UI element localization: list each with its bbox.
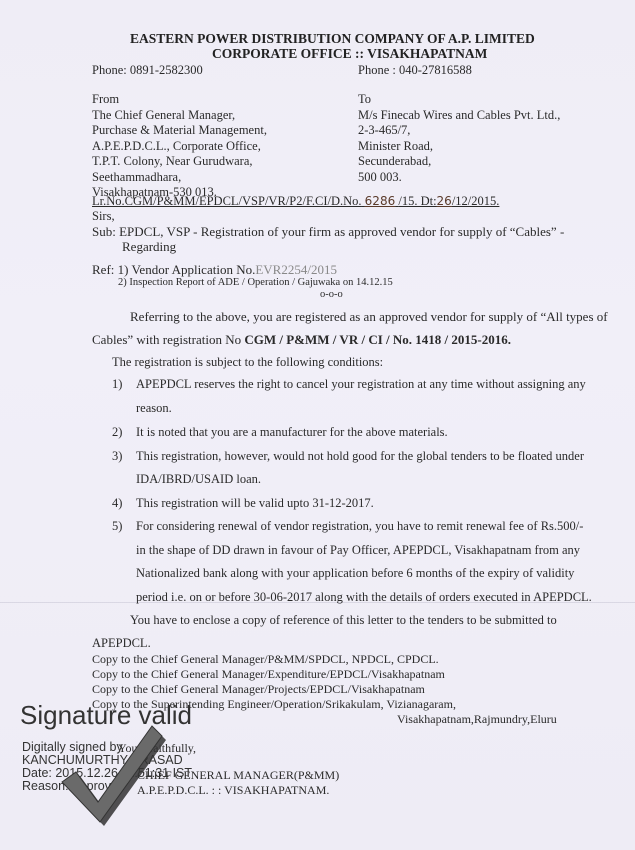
condition-number: 3) — [112, 449, 136, 464]
subject-label: Sub: — [92, 224, 116, 239]
letter-ref-prefix: Lr.No.CGM/P&MM/EPDCL/VSP/VR/P2/F.CI/D.No… — [92, 194, 362, 208]
condition-number: 2) — [112, 425, 136, 440]
phone-left: Phone: 0891-2582300 — [92, 63, 203, 79]
closing-para-line1: You have to enclose a copy of reference … — [130, 613, 557, 628]
condition-5-cont: in the shape of DD drawn in favour of Pa… — [136, 543, 580, 558]
closing-para-line2: APEPDCL. — [92, 636, 151, 651]
from-line: A.P.E.P.D.C.L., Corporate Office, — [92, 139, 267, 155]
to-label: To — [358, 92, 560, 108]
from-label: From — [92, 92, 267, 108]
from-line: The Chief General Manager, — [92, 108, 267, 124]
to-line: 2-3-465/7, — [358, 123, 560, 139]
subject-line: Sub: EPDCL, VSP - Registration of your f… — [92, 224, 564, 240]
separator: o-o-o — [320, 289, 343, 300]
condition-text: APEPDCL reserves the right to cancel you… — [136, 377, 586, 391]
from-line: Seethammadhara, — [92, 170, 267, 186]
to-line: Minister Road, — [358, 139, 560, 155]
check-mark-icon — [60, 718, 170, 828]
subject-text: EPDCL, VSP - Registration of your firm a… — [119, 224, 564, 239]
para1-line2-prefix: Cables” with registration No — [92, 332, 244, 347]
condition-number: 5) — [112, 519, 136, 534]
condition-1: 1)APEPDCL reserves the right to cancel y… — [112, 377, 586, 392]
condition-text: This registration, however, would not ho… — [136, 449, 584, 463]
to-line: Secunderabad, — [358, 154, 560, 170]
condition-5-cont: period i.e. on or before 30-06-2017 alon… — [136, 590, 592, 605]
condition-text: It is noted that you are a manufacturer … — [136, 425, 448, 439]
from-line: Purchase & Material Management, — [92, 123, 267, 139]
registration-number: CGM / P&MM / VR / CI / No. 1418 / 2015-2… — [244, 332, 511, 347]
copy-item: Copy to the Chief General Manager/P&MM/S… — [92, 652, 456, 667]
reference-2: 2) Inspection Report of ADE / Operation … — [118, 277, 393, 288]
condition-4: 4)This registration will be valid upto 3… — [112, 496, 374, 511]
condition-number: 1) — [112, 377, 136, 392]
from-block: From The Chief General Manager, Purchase… — [92, 92, 267, 201]
condition-3: 3)This registration, however, would not … — [112, 449, 584, 464]
ref1-number: EVR2254/2015 — [255, 262, 337, 277]
para1-line1: Referring to the above, you are register… — [130, 309, 608, 325]
condition-number: 4) — [112, 496, 136, 511]
condition-5-cont: Nationalized bank along with your applic… — [136, 566, 574, 581]
salutation: Sirs, — [92, 209, 115, 225]
to-block: To M/s Finecab Wires and Cables Pvt. Ltd… — [358, 92, 560, 185]
office-name: CORPORATE OFFICE :: VISAKHAPATNAM — [212, 46, 487, 62]
condition-2: 2)It is noted that you are a manufacture… — [112, 425, 448, 440]
letter-day-handwritten: 26 — [437, 194, 452, 208]
condition-3-cont: IDA/IBRD/USAID loan. — [136, 472, 261, 487]
phone-right: Phone : 040-27816588 — [358, 63, 472, 79]
company-name: EASTERN POWER DISTRIBUTION COMPANY OF A.… — [130, 31, 535, 47]
condition-1-cont: reason. — [136, 401, 172, 416]
conditions-intro: The registration is subject to the follo… — [112, 355, 383, 370]
to-line: 500 003. — [358, 170, 560, 186]
subject-line-2: Regarding — [122, 239, 176, 255]
copy-item-cont: Visakhapatnam,Rajmundry,Eluru — [397, 712, 557, 728]
ref1-text: 1) Vendor Application No. — [118, 262, 256, 277]
copy-item: Copy to the Chief General Manager/Projec… — [92, 682, 456, 697]
reference-1: Ref: 1) Vendor Application No.EVR2254/20… — [92, 262, 337, 278]
ref-label: Ref: — [92, 262, 114, 277]
condition-text: For considering renewal of vendor regist… — [136, 519, 583, 533]
condition-text: This registration will be valid upto 31-… — [136, 496, 374, 510]
letter-number-handwritten: 6286 — [365, 194, 396, 208]
letter-reference: Lr.No.CGM/P&MM/EPDCL/VSP/VR/P2/F.CI/D.No… — [92, 194, 499, 209]
copy-item: Copy to the Chief General Manager/Expend… — [92, 667, 456, 682]
letter-ref-mid: /15. Dt: — [398, 194, 436, 208]
condition-5: 5)For considering renewal of vendor regi… — [112, 519, 583, 534]
to-line: M/s Finecab Wires and Cables Pvt. Ltd., — [358, 108, 560, 124]
from-line: T.P.T. Colony, Near Gurudwara, — [92, 154, 267, 170]
para1-line2: Cables” with registration No CGM / P&MM … — [92, 332, 511, 348]
letter-ref-suffix: /12/2015. — [452, 194, 500, 208]
